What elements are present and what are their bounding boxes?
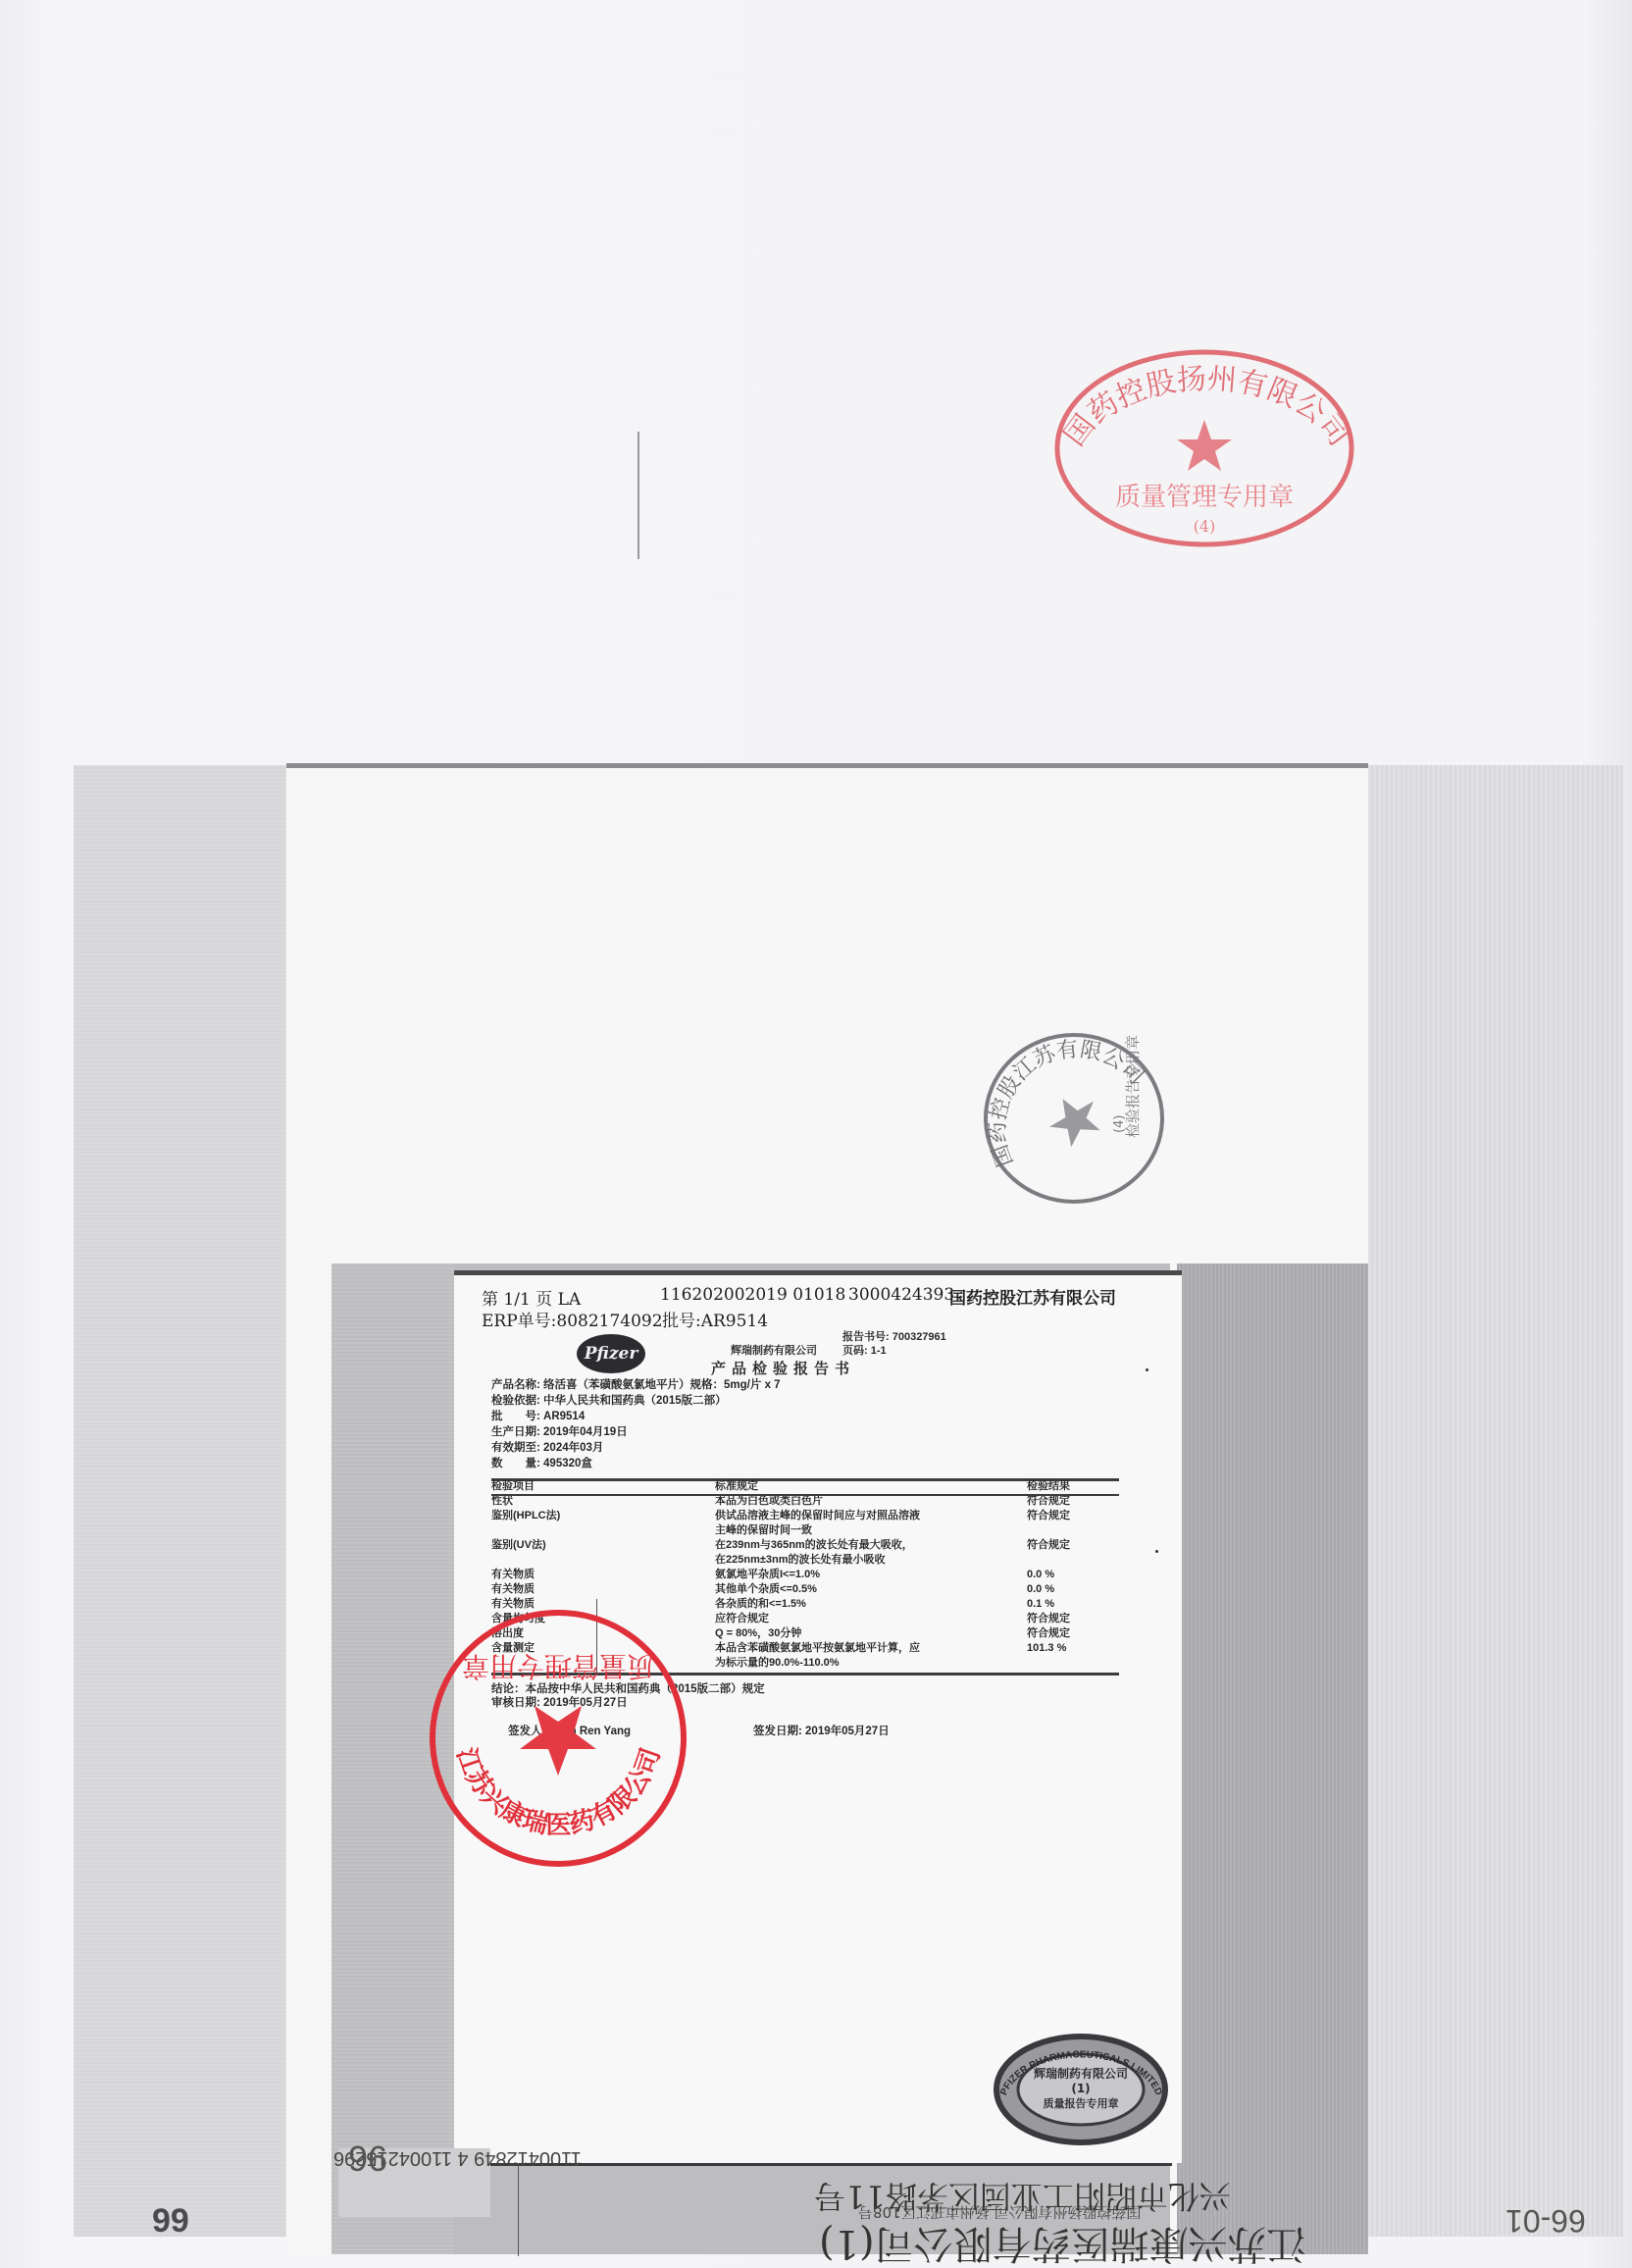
cell-standard: 为标示量的90.0%-110.0%	[711, 1656, 1023, 1671]
cell-result: 符合规定	[1023, 1494, 1074, 1509]
cell-result: 符合规定	[1023, 1538, 1074, 1553]
col-header-item: 检验项目	[487, 1479, 711, 1494]
field-quantity: 数 量: 495320盒	[491, 1456, 781, 1471]
report-fields: 产品名称: 络活喜（苯磺酸氨氯地平片）规格：5mg/片 x 7 检验依据: 中华…	[491, 1377, 781, 1471]
cell-result: 符合规定	[1023, 1509, 1074, 1523]
middle-page-number: 96	[348, 2139, 387, 2180]
quality-stamp-red: 江苏兴康瑞医药有限公司 质量管理专用章	[424, 1604, 693, 1874]
cell-result	[1023, 1553, 1074, 1568]
pfizer-quality-stamp: PFIZER PHARMACEUTICALS LIMITED 辉瑞制药有限公司 …	[991, 2031, 1172, 2148]
cell-item: 性状	[487, 1494, 711, 1509]
stamp-pfizer-purpose: 质量报告专用章	[1044, 2096, 1119, 2110]
cell-standard: Q = 80%，30分钟	[711, 1626, 1023, 1641]
cell-item: 鉴别(HPLC法)	[487, 1509, 711, 1523]
report-code1: 116202002019 01018	[660, 1285, 845, 1305]
cell-result	[1023, 1523, 1074, 1538]
stamp-pfizer-number: (1)	[1071, 2082, 1090, 2095]
cell-result: 101.3 %	[1023, 1641, 1074, 1656]
cell-item	[487, 1523, 711, 1538]
cell-standard: 主峰的保留时间一致	[711, 1523, 1023, 1538]
cell-result: 0.0 %	[1023, 1568, 1074, 1582]
field-expiry: 有效期至: 2024年03月	[491, 1440, 781, 1456]
table-row: 有关物质氨氯地平杂质I<=1.0%0.0 %	[487, 1568, 1074, 1582]
cell-standard: 供试品溶液主峰的保留时间应与对照品溶液	[711, 1509, 1023, 1523]
table-row: 性状本品为白色或类白色片符合规定	[487, 1494, 1074, 1509]
cell-standard: 各杂质的和<=1.5%	[711, 1597, 1023, 1612]
col-header-result: 检验结果	[1023, 1479, 1074, 1494]
quality-stamp-top: 国药控股扬州有限公司 质量管理专用章 (4)	[1047, 343, 1361, 554]
cell-result	[1023, 1656, 1074, 1671]
cell-result: 0.1 %	[1023, 1597, 1074, 1612]
field-production-date: 生产日期: 2019年04月19日	[491, 1424, 781, 1440]
cell-standard: 在225nm±3nm的波长处有最小吸收	[711, 1553, 1023, 1568]
scan-artifact-line	[518, 2163, 519, 2256]
report-batch-number: 批号:AR9514	[662, 1307, 768, 1331]
field-basis: 检验依据: 中华人民共和国药典（2015版二部）	[491, 1393, 781, 1409]
stamp-top-purpose: 质量管理专用章	[1115, 483, 1294, 512]
stamp-top-number: (4)	[1194, 517, 1216, 536]
cell-item: 有关物质	[487, 1582, 711, 1597]
table-row: 主峰的保留时间一致	[487, 1523, 1074, 1538]
scan-speck	[1146, 1368, 1148, 1371]
stamp-gray-number: (4)	[1112, 1115, 1127, 1133]
cell-standard: 在239nm与365nm的波长处有最大吸收，	[711, 1538, 1023, 1553]
cell-standard: 本品为白色或类白色片	[711, 1494, 1023, 1509]
cell-result: 0.0 %	[1023, 1582, 1074, 1597]
report-erp-number: ERP单号:8082174092	[482, 1307, 663, 1331]
table-row: 鉴别(UV法)在239nm与365nm的波长处有最大吸收，符合规定	[487, 1538, 1074, 1553]
cell-standard: 氨氯地平杂质I<=1.0%	[711, 1568, 1023, 1582]
cell-item: 鉴别(UV法)	[487, 1538, 711, 1553]
stamp-red-purpose: 质量管理专用章	[462, 1650, 654, 1682]
report-code2: 3000424393	[848, 1285, 954, 1305]
cell-item	[487, 1553, 711, 1568]
report-title: 产品检验报告书	[711, 1358, 855, 1378]
outer-page-code: 66-01	[1505, 2202, 1586, 2239]
cell-item: 有关物质	[487, 1568, 711, 1582]
table-row: 鉴别(HPLC法)供试品溶液主峰的保留时间应与对照品溶液符合规定	[487, 1509, 1074, 1523]
col-header-standard: 标准规定	[711, 1479, 1023, 1494]
table-row: 在225nm±3nm的波长处有最小吸收	[487, 1553, 1074, 1568]
outer-page-number: 99	[152, 2202, 189, 2241]
scan-gray-band-right	[1368, 765, 1623, 2237]
report-page-code: 页码: 1-1	[842, 1342, 887, 1358]
cell-standard: 应符合规定	[711, 1612, 1023, 1626]
bottom-small-line: 国药控股扬州有限公司 扬州市邗江区108号	[858, 2202, 1141, 2223]
manufacturer-name: 辉瑞制药有限公司	[731, 1342, 817, 1358]
bottom-company-line: 江苏兴康瑞医药有限公司(1)	[819, 2219, 1306, 2268]
report-distributor: 国药控股江苏有限公司	[949, 1284, 1116, 1309]
scan-artifact-line	[637, 432, 639, 559]
table-row: 有关物质其他单个杂质<=0.5%0.0 %	[487, 1582, 1074, 1597]
field-batch: 批 号: AR9514	[491, 1409, 781, 1424]
table-header-rule	[491, 1494, 1119, 1496]
scan-speck	[1155, 1550, 1158, 1553]
inspection-stamp: 国药控股江苏有限公司 检验报告专用章 (4)	[976, 1025, 1172, 1211]
stamp-pfizer-company: 辉瑞制药有限公司	[1034, 2066, 1128, 2081]
cell-result: 符合规定	[1023, 1626, 1074, 1641]
scan-gray-band-left	[74, 765, 284, 2237]
cell-standard: 本品含苯磺酸氨氯地平按氨氯地平计算，应	[711, 1641, 1023, 1656]
issue-date: 签发日期: 2019年05月27日	[753, 1724, 890, 1739]
cell-standard: 其他单个杂质<=0.5%	[711, 1582, 1023, 1597]
pfizer-logo-text: Pfizer	[585, 1344, 638, 1364]
pfizer-logo: Pfizer	[577, 1334, 645, 1373]
copy-shadow-right	[1177, 1263, 1368, 2254]
field-product: 产品名称: 络活喜（苯磺酸氨氯地平片）规格：5mg/片 x 7	[491, 1377, 781, 1393]
cell-result: 符合规定	[1023, 1612, 1074, 1626]
